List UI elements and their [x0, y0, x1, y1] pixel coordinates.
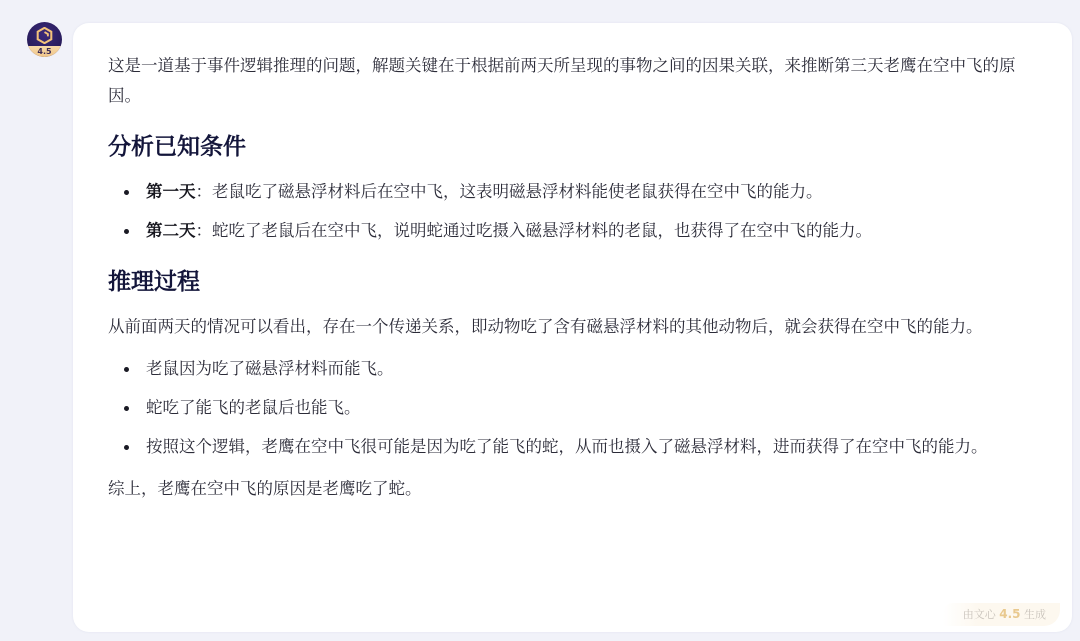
ernie-logo-icon — [36, 27, 53, 44]
list-item-label: 第二天 — [146, 221, 196, 240]
message-content: 这是一道基于事件逻辑推理的问题，解题关键在于根据前两天所呈现的事物之间的因果关联… — [108, 51, 1038, 516]
badge-suffix: 生成 — [1024, 608, 1046, 621]
badge-version: 4.5 — [999, 607, 1020, 621]
assistant-avatar: 4.5 — [27, 22, 62, 57]
label-separator: ： — [196, 221, 213, 240]
generated-by-badge: 由文心 4.5 生成 — [943, 603, 1060, 626]
intro-paragraph: 这是一道基于事件逻辑推理的问题，解题关键在于根据前两天所呈现的事物之间的因果关联… — [108, 51, 1038, 111]
label-separator: ： — [196, 182, 213, 201]
reasoning-list: 老鼠因为吃了磁悬浮材料而能飞。 蛇吃了能飞的老鼠后也能飞。 按照这个逻辑，老鹰在… — [108, 354, 1038, 462]
section-heading-reasoning: 推理过程 — [108, 266, 1038, 298]
list-item: 老鼠因为吃了磁悬浮材料而能飞。 — [146, 354, 1038, 384]
list-item-text: 蛇吃了老鼠后在空中飞，说明蛇通过吃摄入磁悬浮材料的老鼠，也获得了在空中飞的能力。 — [212, 221, 872, 240]
list-item-label: 第一天 — [146, 182, 196, 201]
badge-prefix: 由文心 — [963, 608, 996, 621]
known-conditions-list: 第一天：老鼠吃了磁悬浮材料后在空中飞，这表明磁悬浮材料能使老鼠获得在空中飞的能力… — [108, 177, 1038, 246]
list-item: 第一天：老鼠吃了磁悬浮材料后在空中飞，这表明磁悬浮材料能使老鼠获得在空中飞的能力… — [146, 177, 1038, 207]
conclusion-paragraph: 综上，老鹰在空中飞的原因是老鹰吃了蛇。 — [108, 474, 1038, 504]
list-item: 第二天：蛇吃了老鼠后在空中飞，说明蛇通过吃摄入磁悬浮材料的老鼠，也获得了在空中飞… — [146, 216, 1038, 246]
reasoning-paragraph: 从前面两天的情况可以看出，存在一个传递关系，即动物吃了含有磁悬浮材料的其他动物后… — [108, 312, 1038, 342]
section-heading-known-conditions: 分析已知条件 — [108, 131, 1038, 163]
list-item: 蛇吃了能飞的老鼠后也能飞。 — [146, 393, 1038, 423]
list-item-text: 老鼠吃了磁悬浮材料后在空中飞，这表明磁悬浮材料能使老鼠获得在空中飞的能力。 — [212, 182, 823, 201]
avatar-version-label: 4.5 — [27, 46, 62, 57]
assistant-message-card: 这是一道基于事件逻辑推理的问题，解题关键在于根据前两天所呈现的事物之间的因果关联… — [73, 23, 1072, 632]
list-item: 按照这个逻辑，老鹰在空中飞很可能是因为吃了能飞的蛇，从而也摄入了磁悬浮材料，进而… — [146, 432, 1038, 462]
